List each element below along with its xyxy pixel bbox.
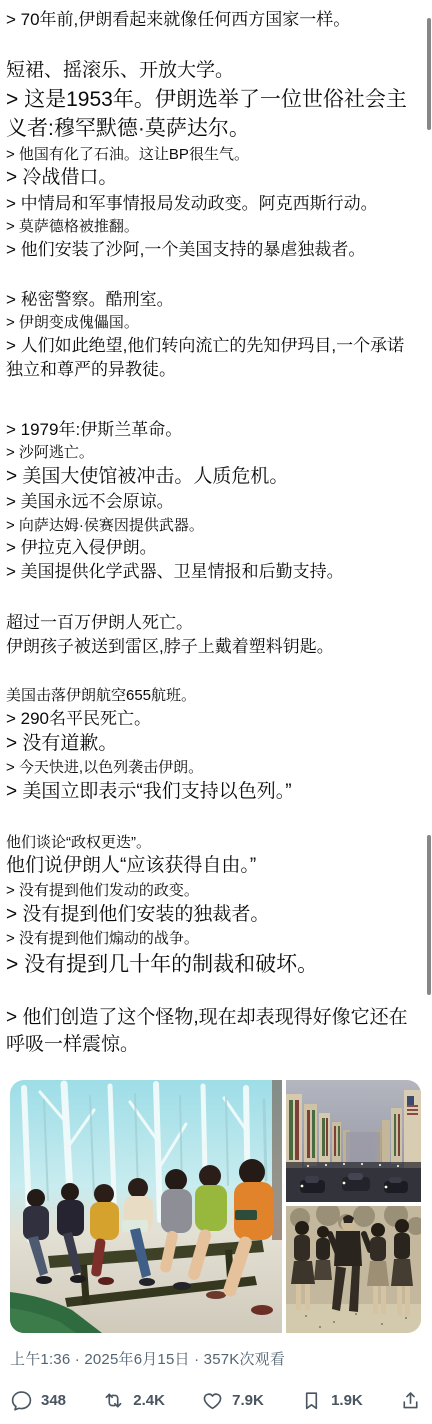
post-text-line: > 1979年:伊斯兰革命。 xyxy=(6,418,416,442)
photo-women-reading-art xyxy=(10,1080,282,1333)
post-meta-text: 上午1:36 · 2025年6月15日 · 357K次观看 xyxy=(10,1351,285,1368)
scrollbar-thumb-middle[interactable] xyxy=(427,835,431,995)
post-text-line: > 美国立即表示“我们支持以色列。” xyxy=(6,779,416,806)
bookmark-button[interactable]: 1.9K xyxy=(300,1389,363,1412)
post-text-line: > 美国永远不会原谅。 xyxy=(6,490,416,514)
post-image[interactable] xyxy=(10,1080,421,1333)
post-text-line: 美国击落伊朗航空655航班。 xyxy=(6,685,416,707)
photo-women-reading[interactable] xyxy=(10,1080,282,1333)
engagement-bar: 348 2.4K 7.9K 1.9K xyxy=(10,1378,422,1422)
repost-count: 2.4K xyxy=(133,1392,165,1409)
bookmark-icon xyxy=(300,1389,323,1412)
post-text-line: > 中情局和军事情报局发动政变。阿克西斯行动。 xyxy=(6,192,416,216)
photo-street-parade-art xyxy=(286,1080,421,1202)
post-text-line: > 向萨达姆·侯赛因提供武器。 xyxy=(6,515,416,537)
photo-street-parade[interactable] xyxy=(286,1080,421,1202)
post-meta: 上午1:36 · 2025年6月15日 · 357K次观看 xyxy=(10,1348,422,1369)
post-text-line: > 他们创造了这个怪物,现在却表现得好像它还在呼吸一样震惊。 xyxy=(6,1005,416,1058)
post-text-line: 他们谈论“政权更迭”。 xyxy=(6,832,416,854)
like-count: 7.9K xyxy=(232,1392,264,1409)
reply-button[interactable]: 348 xyxy=(10,1389,66,1412)
heart-icon xyxy=(201,1389,224,1412)
post-text-line: > 冷战借口。 xyxy=(6,165,416,192)
reply-icon xyxy=(10,1389,33,1412)
share-icon xyxy=(399,1389,422,1412)
post-text-line: > 没有提到他们发动的政变。 xyxy=(6,880,416,902)
like-button[interactable]: 7.9K xyxy=(201,1389,264,1412)
post-text-line: > 他国有化了石油。这让BP很生气。 xyxy=(6,144,416,166)
repost-icon xyxy=(102,1389,125,1412)
post-text-line: > 今天快进,以色列袭击伊朗。 xyxy=(6,757,416,779)
scrollbar-thumb-top[interactable] xyxy=(427,18,431,130)
post-text-line: 伊朗孩子被送到雷区,脖子上戴着塑料钥匙。 xyxy=(6,635,416,659)
post-text-line: > 伊拉克入侵伊朗。 xyxy=(6,536,416,560)
post-text-line: > 没有道歉。 xyxy=(6,731,416,758)
post-text-line: 超过一百万伊朗人死亡。 xyxy=(6,611,416,635)
post-text-line: 他们说伊朗人“应该获得自由。” xyxy=(6,853,416,880)
post-text-line: > 没有提到几十年的制裁和破坏。 xyxy=(6,950,416,979)
post-text-line: > 他们安装了沙阿,一个美国支持的暴虐独裁者。 xyxy=(6,238,416,262)
post-text-line: > 人们如此绝望,他们转向流亡的先知伊玛目,一个承诺独立和尊严的异教徒。 xyxy=(6,334,416,382)
photo-dancing-crowd-art xyxy=(286,1206,421,1333)
post-text-line: > 莫萨德格被推翻。 xyxy=(6,216,416,238)
reply-count: 348 xyxy=(41,1392,66,1409)
post-text-line: > 这是1953年。伊朗选举了一位世俗社会主义者:穆罕默德·莫萨达尔。 xyxy=(6,85,416,144)
post-text: > 70年前,伊朗看起来就像任何西方国家一样。短裙、摇滚乐、开放大学。> 这是1… xyxy=(6,8,416,1059)
post-text-line: > 美国大使馆被冲击。人质危机。 xyxy=(6,464,416,491)
post-text-line: > 没有提到他们煽动的战争。 xyxy=(6,928,416,950)
bookmark-count: 1.9K xyxy=(331,1392,363,1409)
photo-dancing-crowd[interactable] xyxy=(286,1206,421,1333)
post-text-line: > 秘密警察。酷刑室。 xyxy=(6,288,416,312)
repost-button[interactable]: 2.4K xyxy=(102,1389,165,1412)
post-text-line: 短裙、摇滚乐、开放大学。 xyxy=(6,58,416,85)
post-text-line: > 伊朗变成傀儡国。 xyxy=(6,312,416,334)
post-text-line: > 290名平民死亡。 xyxy=(6,707,416,731)
post-text-line: > 美国提供化学武器、卫星情报和后勤支持。 xyxy=(6,560,416,584)
share-button[interactable] xyxy=(399,1389,422,1412)
post-text-line: > 没有提到他们安装的独裁者。 xyxy=(6,902,416,929)
post-text-line: > 沙阿逃亡。 xyxy=(6,442,416,464)
post-text-line: > 70年前,伊朗看起来就像任何西方国家一样。 xyxy=(6,8,416,32)
